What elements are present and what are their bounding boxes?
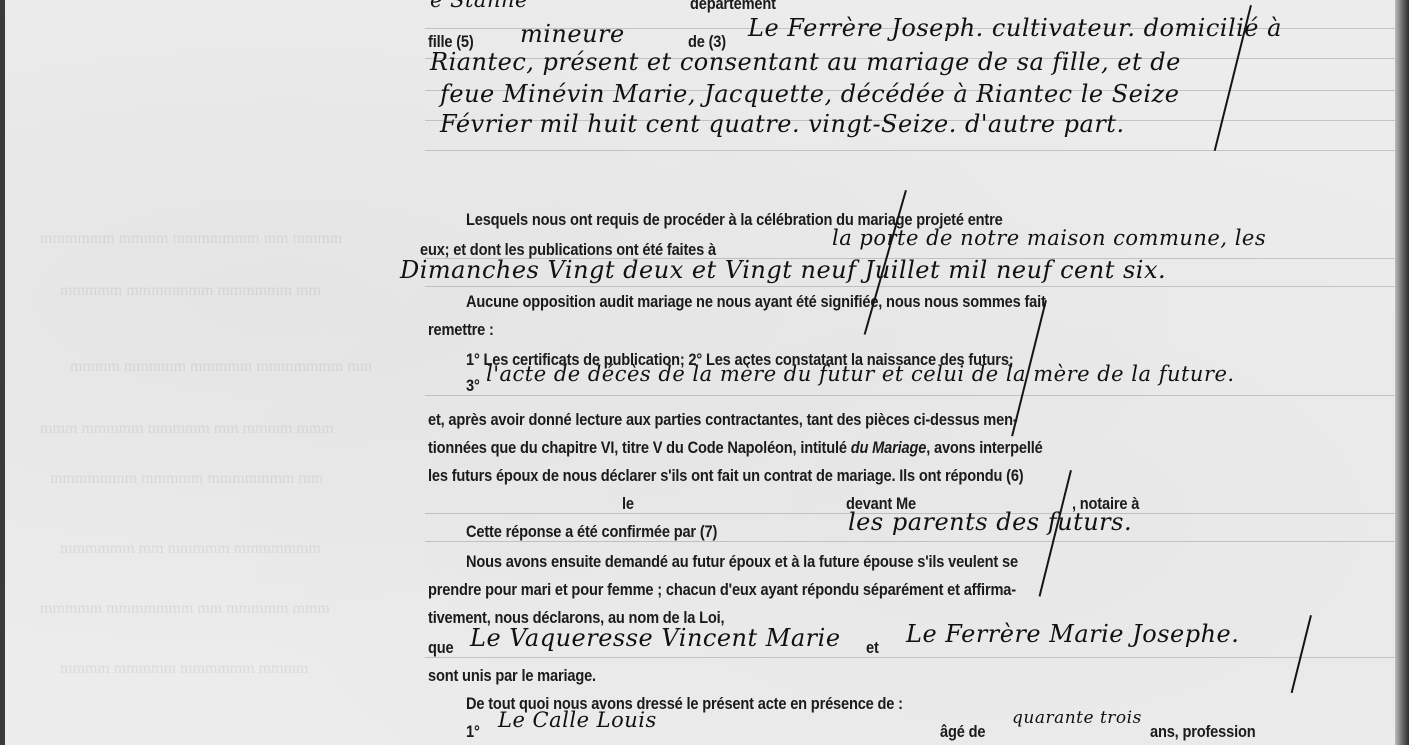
- reading-2b: , avons interpellé: [926, 438, 1042, 457]
- bleed-through-text: mmmm mmmmm mmmmm mmmmmmm mm: [70, 358, 372, 376]
- printed-item-3-prefix: 3°: [466, 376, 480, 396]
- reading-2-italic: du Mariage: [851, 438, 926, 457]
- handwritten-line-feue: feue Minévin Marie, Jacquette, décédée à…: [440, 80, 1179, 108]
- bleed-through-text: mmmmm mmmmmmm mmmmmm mm: [60, 282, 321, 300]
- printed-reading-1: et, après avoir donné lecture aux partie…: [428, 410, 1018, 430]
- printed-ans-profession: ans, profession: [1150, 722, 1255, 742]
- printed-reading-2: tionnées que du chapitre VI, titre V du …: [428, 438, 1043, 458]
- handwritten-father: Le Ferrère Joseph. cultivateur. domicili…: [748, 14, 1282, 42]
- pen-stroke: [1291, 615, 1312, 693]
- printed-unis: sont unis par le mariage.: [428, 666, 596, 686]
- reading-2a: tionnées que du chapitre VI, titre V du …: [428, 438, 851, 457]
- handwritten-line-riantec: Riantec, présent et consentant au mariag…: [430, 48, 1181, 76]
- handwritten-top-fragment: e Stanne: [430, 0, 528, 12]
- printed-remettre: remettre :: [428, 320, 494, 340]
- handwritten-groom-name: Le Vaqueresse Vincent Marie: [470, 624, 841, 652]
- printed-consent-1: Nous avons ensuite demandé au futur épou…: [466, 552, 1018, 572]
- page-left-edge: [0, 0, 5, 745]
- printed-age-label: âgé de: [940, 722, 985, 742]
- bleed-through-text: mmm mmmmm mmmmm mm mmmm mmm: [40, 420, 334, 438]
- bleed-through-text: mmmmmm mmmm mmmmmmm mm mmmm: [40, 230, 342, 248]
- handwritten-bride-name: Le Ferrère Marie Josephe.: [906, 620, 1239, 648]
- handwritten-witness-age: quarante trois: [1012, 708, 1142, 728]
- printed-top-fragment: département: [690, 0, 776, 14]
- handwritten-item-3: l'acte de décès de la mère du futur et c…: [486, 362, 1235, 386]
- ruled-line: [425, 657, 1395, 658]
- handwritten-line-fevrier: Février mil huit cent quatre. vingt-Seiz…: [440, 110, 1125, 138]
- printed-reading-3: les futurs époux de nous déclarer s'ils …: [428, 466, 1023, 486]
- printed-et: et: [866, 638, 879, 658]
- handwritten-publication-place: la porte de notre maison commune, les: [832, 226, 1266, 250]
- page-binding-edge: [1395, 0, 1409, 745]
- printed-le: le: [622, 494, 634, 514]
- handwritten-publication-dates: Dimanches Vingt deux et Vingt neuf Juill…: [400, 256, 1166, 284]
- bleed-through-text: mmmm mmmmm mmmmmm mmmm: [60, 660, 308, 678]
- printed-consent-2: prendre pour mari et pour femme ; chacun…: [428, 580, 1016, 600]
- bleed-through-text: mmmmmm mm mmmmm mmmmmmm: [60, 540, 321, 558]
- ruled-line: [425, 150, 1395, 151]
- register-page: mmmmmm mmmm mmmmmmm mm mmmm mmmmm mmmmmm…: [0, 0, 1409, 745]
- handwritten-confirmation: les parents des futurs.: [848, 508, 1132, 536]
- handwritten-witness-1-name: Le Calle Louis: [498, 708, 657, 732]
- bleed-through-text: mmmmm mmmmmmm mm mmmmm mmm: [40, 600, 330, 618]
- ruled-line: [425, 286, 1395, 287]
- handwritten-mineure: mineure: [520, 20, 625, 48]
- printed-que: que: [428, 638, 453, 658]
- ruled-line: [425, 395, 1395, 396]
- printed-aucune-opposition: Aucune opposition audit mariage ne nous …: [466, 292, 1046, 312]
- printed-confirmation: Cette réponse a été confirmée par (7): [466, 522, 717, 542]
- bleed-through-text: mmmmmmm mmmmm mmmmmmm mm: [50, 470, 323, 488]
- printed-witness-1-num: 1°: [466, 722, 480, 742]
